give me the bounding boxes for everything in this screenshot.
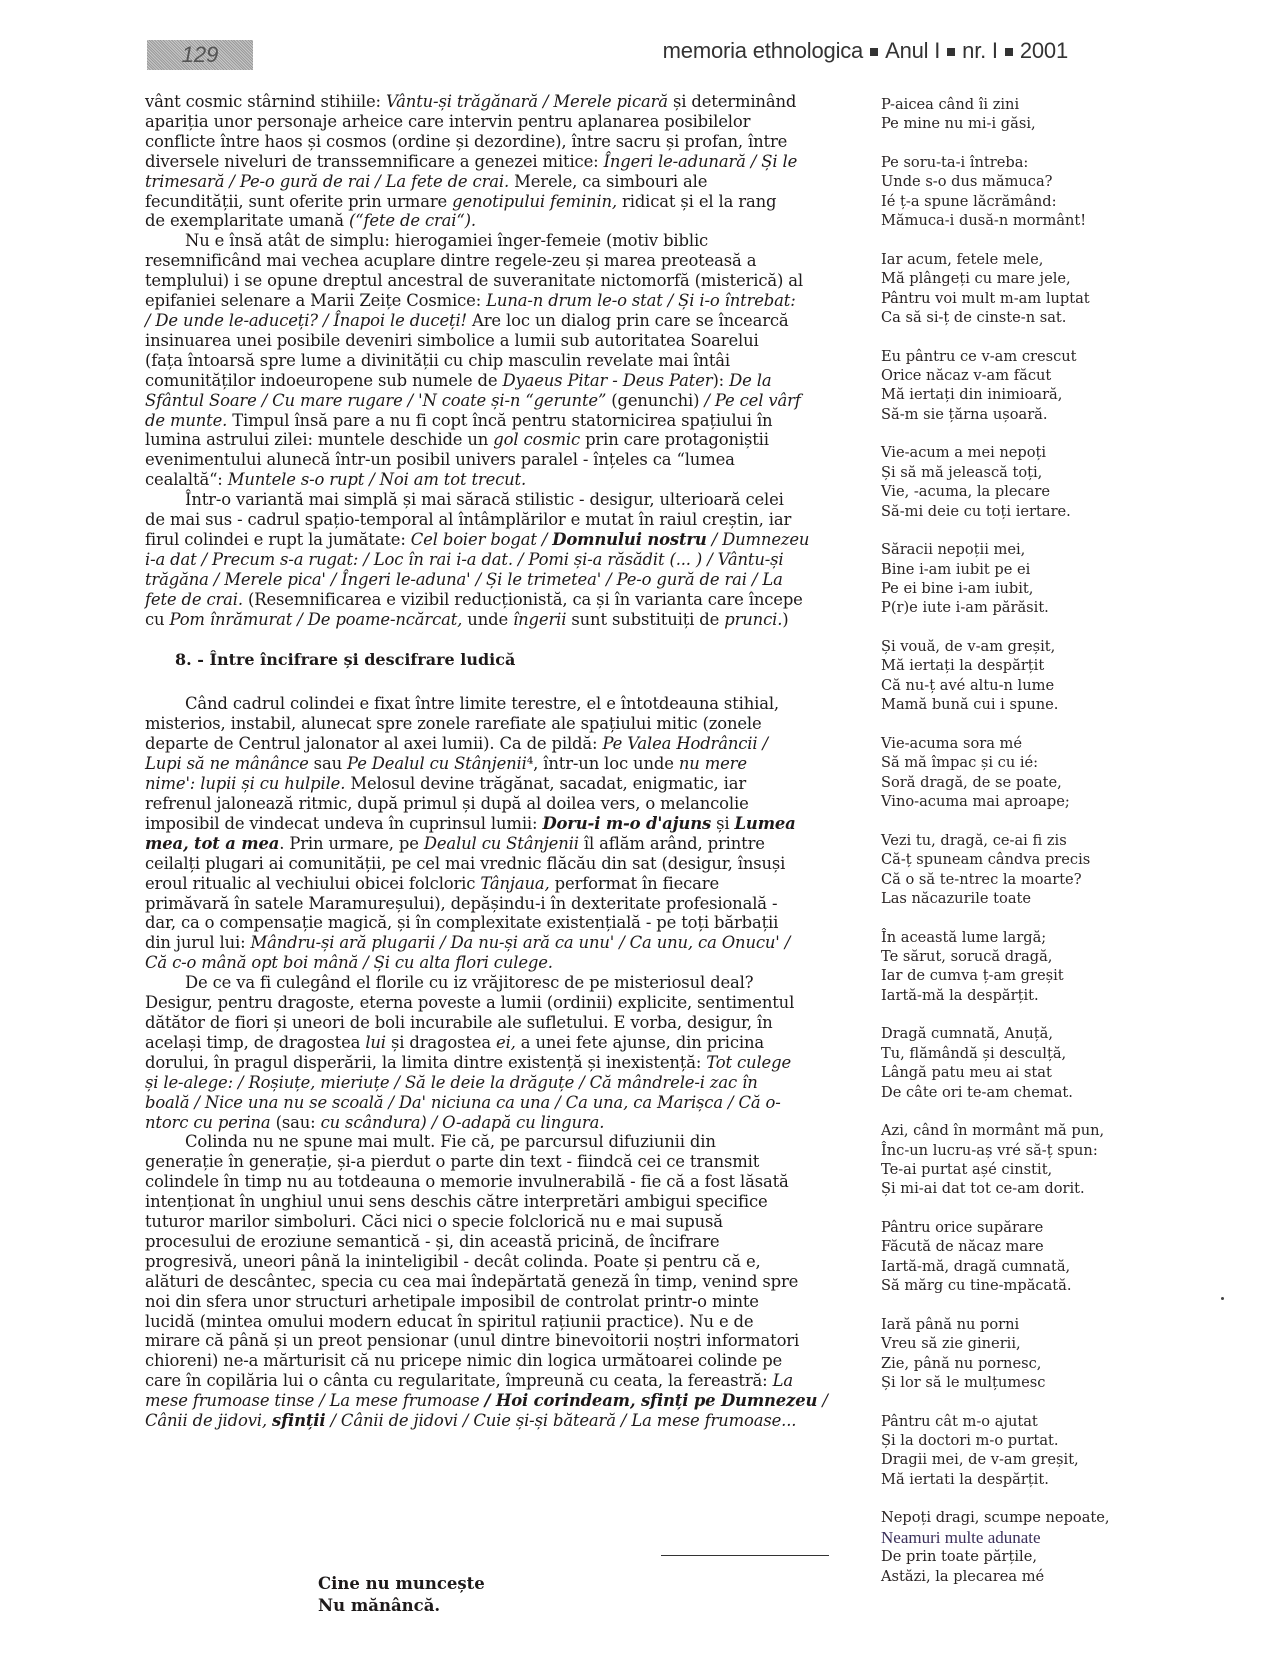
emphasis-run: Tânjaua, xyxy=(480,874,549,893)
verse-line: Te sărut, sorucă dragă, xyxy=(881,947,1201,966)
text-line: diversele niveluri de transsemnificare a… xyxy=(145,152,835,172)
verse-line: Ca să si-ț de cinste-n sat. xyxy=(881,308,1201,327)
text-line: boală / Nice una nu se scoală / Da' nici… xyxy=(145,1093,835,1113)
verse-line: Vezi tu, dragă, ce-ai fi zis xyxy=(881,831,1201,850)
emphasis-run: cu scândura) / O-adapă cu lingura. xyxy=(321,1113,605,1132)
text-line: vânt cosmic stârnind stihiile: Vântu-și … xyxy=(145,92,835,112)
text-run: . Prin urmare, pe xyxy=(279,834,424,853)
text-run: Când cadrul colindei e fixat între limit… xyxy=(185,694,779,713)
text-line: colindele în timp nu au totdeauna o memo… xyxy=(145,1172,835,1192)
text-run: sau xyxy=(309,754,347,773)
text-run: lucidă (mintea omului modern educat în s… xyxy=(145,1312,753,1331)
main-text-column: vânt cosmic stârnind stihiile: Vântu-și … xyxy=(145,92,835,1431)
text-run: ceilalți plugari ai comunității, pe cel … xyxy=(145,854,785,873)
verse-line: Și vouă, de v-am greșit, xyxy=(881,637,1201,656)
text-run: firul colindei e rupt la jumătate: xyxy=(145,530,411,549)
verse-line: De câte ori te-am chemat. xyxy=(881,1083,1201,1102)
motto-line: Nu mănâncă. xyxy=(318,1595,485,1617)
verse-line: Pântru cât m-o ajutat xyxy=(881,1412,1201,1431)
verse-line: Și la doctori m-o purtat. xyxy=(881,1431,1201,1450)
text-line: noi din sfera unor structuri arhetipale … xyxy=(145,1292,835,1312)
emphasis-run: Dealul cu Stânjenii xyxy=(424,834,579,853)
verse-stanza: Azi, când în mormânt mă pun,Înc-un lucru… xyxy=(881,1121,1201,1199)
text-run: resemnificând mai vechea acuplare dintre… xyxy=(145,251,756,270)
separator-square-icon xyxy=(947,48,955,56)
verse-stanza: Dragă cumnată, Anuță,Tu, flămândă și des… xyxy=(881,1024,1201,1102)
verse-stanza: Vie-acum a mei nepoțiȘi să mă jelească t… xyxy=(881,443,1201,521)
verse-line: În această lume largă; xyxy=(881,928,1201,947)
text-line: refrenul jalonează ritmic, după primul ș… xyxy=(145,794,835,814)
verse-stanza: Pântru orice supărareFăcută de năcaz mar… xyxy=(881,1218,1201,1296)
text-line: comunităților indoeuropene sub numele de… xyxy=(145,371,835,391)
text-run: primăvară în satele Maramureșului), depă… xyxy=(145,894,777,913)
text-line: templului) i se opune dreptul ancestral … xyxy=(145,271,835,291)
text-run: ⁴, într-un loc unde xyxy=(527,754,679,773)
emphasis-run: Că c-o mână opt boi mână / Și cu alta fl… xyxy=(145,953,553,972)
emphasis-run: i-a dat / Precum s-a rugat: / Loc în rai… xyxy=(145,550,783,569)
verse-stanza: Eu pântru ce v-am crescutOrice năcaz v-a… xyxy=(881,347,1201,425)
text-line: trăgăna / Merele pica' / Îngeri le-aduna… xyxy=(145,570,835,590)
text-run: același timp, de dragostea xyxy=(145,1033,365,1052)
text-run: insinuarea unei posibile deveniri simbol… xyxy=(145,331,759,350)
text-run: Melosul devine trăgănat, sacadat, enigma… xyxy=(345,774,746,793)
journal-year: 2001 xyxy=(1020,38,1068,63)
text-line: dorului, în pragul disperării, la limita… xyxy=(145,1053,835,1073)
emphasis-run: Cel boier bogat / xyxy=(411,530,553,549)
text-line: Că c-o mână opt boi mână / Și cu alta fl… xyxy=(145,953,835,973)
text-run: conflicte între haos și cosmos (ordine ș… xyxy=(145,132,787,151)
verse-line: Pântru voi mult m-am luptat xyxy=(881,289,1201,308)
verse-stanza: Vezi tu, dragă, ce-ai fi zisCă-ț spuneam… xyxy=(881,831,1201,909)
emphasis-run: Lupi să ne mânânce xyxy=(145,754,309,773)
text-run: evenimentului alunecă într-un posibil un… xyxy=(145,450,735,469)
emphasis-run: genotipului feminin, xyxy=(452,192,617,211)
verse-stanza: Pe soru-ta-i întreba:Unde s-o dus mămuca… xyxy=(881,153,1201,231)
verse-stanza: În această lume largă;Te sărut, sorucă d… xyxy=(881,928,1201,1006)
verse-line: Săracii nepoții mei, xyxy=(881,540,1201,559)
text-line: nime': lupii și cu hulpile. Melosul devi… xyxy=(145,774,835,794)
verse-line: Pe soru-ta-i întreba: xyxy=(881,153,1201,172)
verse-stanza: Vie-acuma sora méSă mă împac și cu ié:So… xyxy=(881,734,1201,812)
verse-line: Orice năcaz v-am făcut xyxy=(881,366,1201,385)
text-run: de exemplaritate umană xyxy=(145,211,349,230)
emphasis-run: / De unde le-aduceți? / Înapoi le duceți… xyxy=(145,311,467,330)
text-line: din jurul lui: Mândru-și ară plugarii / … xyxy=(145,933,835,953)
verse-stanza: Și vouă, de v-am greșit,Mă iertați la de… xyxy=(881,637,1201,715)
text-line: eroul ritualic al vechiului obicei folcl… xyxy=(145,874,835,894)
verse-line: Lângă patu meu ai stat xyxy=(881,1063,1201,1082)
text-run: templului) i se opune dreptul ancestral … xyxy=(145,271,803,290)
emphasis-run: sfinții xyxy=(272,1411,325,1430)
verse-line: Că nu-ț avé altu-n lume xyxy=(881,676,1201,695)
verse-line: Să-m sie țărna ușoară. xyxy=(881,405,1201,424)
journal-title: memoria ethnologica xyxy=(663,38,863,63)
text-line: același timp, de dragostea lui și dragos… xyxy=(145,1033,835,1053)
text-line: generație în generație, și-a pierdut o p… xyxy=(145,1152,835,1172)
text-line: insinuarea unei posibile deveniri simbol… xyxy=(145,331,835,351)
emphasis-run: / Cânii de jidovi / Cuie și-și băteară /… xyxy=(325,1411,796,1430)
verse-line: Înc-un lucru-aș vré să-ț spun: xyxy=(881,1141,1201,1160)
verse-line: Vino-acuma mai aproape; xyxy=(881,792,1201,811)
verse-line: Pe mine nu mi-i găsi, xyxy=(881,114,1201,133)
text-run: cealaltă“: xyxy=(145,470,228,489)
text-run: dar, ca o compensație magică, și în comp… xyxy=(145,913,778,932)
text-line: chioreni) ne-a mărturisit că nu pricepe … xyxy=(145,1351,835,1371)
emphasis-run: gol cosmic xyxy=(493,430,580,449)
emphasis-run: boală / Nice una nu se scoală / Da' nici… xyxy=(145,1093,781,1112)
text-line: evenimentului alunecă într-un posibil un… xyxy=(145,450,835,470)
running-header: memoria ethnologicaAnul Inr. I2001 xyxy=(663,38,1068,64)
text-run: ridicat și el la rang xyxy=(617,192,776,211)
separator-square-icon xyxy=(1005,48,1013,56)
text-line: Sfântul Soare / Cu mare rugare / 'N coat… xyxy=(145,391,835,411)
emphasis-run: / Pe cel vârf xyxy=(704,391,800,410)
text-run: din jurul lui: xyxy=(145,933,251,952)
text-line: procesului de eroziune semantică - și, d… xyxy=(145,1232,835,1252)
emphasis-run: fete de crai. xyxy=(145,590,243,609)
text-run: generație în generație, și-a pierdut o p… xyxy=(145,1152,759,1171)
paragraph-continued: vânt cosmic stârnind stihiile: Vântu-și … xyxy=(145,92,835,231)
text-line: Lupi să ne mânânce sau Pe Dealul cu Stân… xyxy=(145,754,835,774)
text-run: de mai sus - cadrul spațio-temporal al î… xyxy=(145,510,791,529)
text-line: fete de crai. (Resemnificarea e vizibil … xyxy=(145,590,835,610)
verse-line: Pântru orice supărare xyxy=(881,1218,1201,1237)
scan-speck xyxy=(1221,1297,1224,1300)
text-run: performat în fiecare xyxy=(550,874,719,893)
emphasis-run: Vântu-și trăgănară / Merele picară xyxy=(386,92,668,111)
emphasis-run: (“fete de crai“). xyxy=(349,211,476,230)
motto-line: Cine nu muncește xyxy=(318,1573,485,1595)
emphasis-run: îngerii xyxy=(513,610,566,629)
text-line: dar, ca o compensație magică, și în comp… xyxy=(145,913,835,933)
text-line: Nu e însă atât de simplu: hierogamiei în… xyxy=(145,231,835,251)
text-run: refrenul jalonează ritmic, după primul ș… xyxy=(145,794,749,813)
verse-line: Mă iertați la despărțit xyxy=(881,656,1201,675)
verse-stanza: Pântru cât m-o ajutatȘi la doctori m-o p… xyxy=(881,1412,1201,1490)
text-run: noi din sfera unor structuri arhetipale … xyxy=(145,1292,759,1311)
text-run: unde xyxy=(462,610,513,629)
emphasis-run: Muntele s-o rupt / Noi am tot trecut. xyxy=(228,470,526,489)
verse-line: Ié ț-a spune lăcrămând: xyxy=(881,192,1201,211)
verse-line: Iartă-mă, dragă cumnată, xyxy=(881,1257,1201,1276)
text-line: lucidă (mintea omului modern educat în s… xyxy=(145,1312,835,1332)
emphasis-run: La xyxy=(773,1371,793,1390)
text-line: mese frumoase tinse / La mese frumoase /… xyxy=(145,1391,835,1411)
text-run: dătător de fiori și uneori de boli incur… xyxy=(145,1013,772,1032)
verse-line: Unde s-o dus mămuca? xyxy=(881,172,1201,191)
text-run: (sau: xyxy=(271,1113,321,1132)
page-number: 129 xyxy=(182,42,219,68)
text-run: ): xyxy=(712,371,729,390)
verse-line: Iartă-mă la despărțit. xyxy=(881,986,1201,1005)
text-line: cealaltă“: Muntele s-o rupt / Noi am tot… xyxy=(145,470,835,490)
text-line: departe de Centrul jalonator al axei lum… xyxy=(145,734,835,754)
verse-line: Vie, -acuma, la plecare xyxy=(881,482,1201,501)
emphasis-run: Dyaeus Pitar - Deus Pater xyxy=(503,371,713,390)
text-run: departe de Centrul jalonator al axei lum… xyxy=(145,734,602,753)
verse-line: Neamuri multe adunate xyxy=(881,1528,1201,1547)
text-line: (fața întoarsă spre lume a divinității c… xyxy=(145,351,835,371)
verse-line: Făcută de năcaz mare xyxy=(881,1237,1201,1256)
verse-line: Mamă bună cui i spune. xyxy=(881,695,1201,714)
verse-stanza: Săracii nepoții mei,Bine i-am iubit pe e… xyxy=(881,540,1201,618)
text-line: De ce va fi culegând el florile cu iz vr… xyxy=(145,973,835,993)
verse-line: Soră dragă, de se poate, xyxy=(881,773,1201,792)
text-run: și determinând xyxy=(668,92,796,111)
text-line: Când cadrul colindei e fixat între limit… xyxy=(145,694,835,714)
verse-stanza: Nepoți dragi, scumpe nepoate,Neamuri mul… xyxy=(881,1508,1201,1586)
emphasis-run: mea, tot a mea xyxy=(145,834,279,853)
verse-line: P(r)e iute i-am părăsit. xyxy=(881,598,1201,617)
verse-line: P-aicea când îi zini xyxy=(881,95,1201,114)
text-line: imposibil de vindecat undeva în cuprinsu… xyxy=(145,814,835,834)
text-line: apariția unor personaje arheice care int… xyxy=(145,112,835,132)
verse-line: Și lor să le mulțumesc xyxy=(881,1373,1201,1392)
text-run: tuturor marilor simboluri. Căci nici o s… xyxy=(145,1212,723,1231)
paragraph: Când cadrul colindei e fixat între limit… xyxy=(145,694,835,973)
text-run: Colinda nu ne spune mai mult. Fie că, pe… xyxy=(185,1132,716,1151)
emphasis-run: Sfântul Soare / Cu mare rugare / 'N coat… xyxy=(145,391,606,410)
verse-line: Dragă cumnată, Anuță, xyxy=(881,1024,1201,1043)
text-run: Are loc un dialog prin care se încearcă xyxy=(467,311,789,330)
text-line: primăvară în satele Maramureșului), depă… xyxy=(145,894,835,914)
text-line: conflicte între haos și cosmos (ordine ș… xyxy=(145,132,835,152)
text-line: de mai sus - cadrul spațio-temporal al î… xyxy=(145,510,835,530)
emphasis-run: trăgăna / Merele pica' / Îngeri le-aduna… xyxy=(145,570,783,589)
text-run: Timpul însă pare a nu fi copt încă pentr… xyxy=(227,411,772,430)
verse-line: Pe ei bine i-am iubit, xyxy=(881,579,1201,598)
verse-line: De prin toate părțile, xyxy=(881,1547,1201,1566)
text-run: dorului, în pragul disperării, la limita… xyxy=(145,1053,706,1072)
text-run: progresivă, uneori până la ininteligibil… xyxy=(145,1252,761,1271)
verse-line: Mă iertați din inimioară, xyxy=(881,385,1201,404)
journal-volume: Anul I xyxy=(885,38,940,63)
text-line: misterios, instabil, alunecat spre zonel… xyxy=(145,714,835,734)
emphasis-run: prunci. xyxy=(724,610,782,629)
verse-line: Să-mi deie cu toți iertare. xyxy=(881,502,1201,521)
text-line: dătător de fiori și uneori de boli incur… xyxy=(145,1013,835,1033)
text-run: imposibil de vindecat undeva în cuprinsu… xyxy=(145,814,542,833)
verse-line: Te-ai purtat așé cinstit, xyxy=(881,1160,1201,1179)
text-line: Colinda nu ne spune mai mult. Fie că, pe… xyxy=(145,1132,835,1152)
emphasis-run: ei, xyxy=(496,1033,516,1052)
text-line: lumina astrului zilei: muntele deschide … xyxy=(145,430,835,450)
paragraph: Într-o variantă mai simplă și mai săracă… xyxy=(145,490,835,629)
emphasis-run: Doru-i m-o d'ajuns xyxy=(542,814,711,833)
text-run: Desigur, pentru dragoste, eterna poveste… xyxy=(145,993,794,1012)
emphasis-run: / xyxy=(817,1391,827,1410)
text-line: de munte. Timpul însă pare a nu fi copt … xyxy=(145,411,835,431)
text-run: fecundității, sunt oferite prin urmare xyxy=(145,192,452,211)
text-run: comunităților indoeuropene sub numele de xyxy=(145,371,503,390)
journal-issue: nr. I xyxy=(962,38,998,63)
emphasis-run: Luna-n drum le-o stat / Și i-o întrebat: xyxy=(486,291,795,310)
emphasis-run: Îngeri le-adunară / Și le xyxy=(604,152,798,171)
verse-line: Vie-acum a mei nepoți xyxy=(881,443,1201,462)
page-number-box: 129 xyxy=(147,40,253,70)
emphasis-run: Mândru-și ară plugarii / Da nu-și ară ca… xyxy=(251,933,791,952)
text-run: îl aflăm arând, printre xyxy=(579,834,765,853)
verse-line: Că o să te-ntrec la moarte? xyxy=(881,870,1201,889)
emphasis-run: / Dumnezeu xyxy=(707,530,810,549)
text-run: Merele, ca simbouri ale xyxy=(509,172,707,191)
verse-line: Mă plângeți cu mare jele, xyxy=(881,269,1201,288)
text-run: misterios, instabil, alunecat spre zonel… xyxy=(145,714,762,733)
text-run: vânt cosmic stârnind stihiile: xyxy=(145,92,386,111)
paragraph: Colinda nu ne spune mai mult. Fie că, pe… xyxy=(145,1132,835,1431)
text-line: fecundității, sunt oferite prin urmare g… xyxy=(145,192,835,212)
verse-line: Mămuca-i dusă-n mormânt! xyxy=(881,211,1201,230)
emphasis-run: de munte. xyxy=(145,411,227,430)
text-run: mirare că până și un preot pensionar (un… xyxy=(145,1331,799,1350)
text-line: care în copilăria lui o cânta cu regular… xyxy=(145,1371,835,1391)
emphasis-run: nu mere xyxy=(679,754,747,773)
text-run: alături de descântec, specia cu cea mai … xyxy=(145,1272,798,1291)
verse-line: Mă iertati la despărțit. xyxy=(881,1470,1201,1489)
text-run: chioreni) ne-a mărturisit că nu pricepe … xyxy=(145,1351,782,1370)
text-run: (fața întoarsă spre lume a divinității c… xyxy=(145,351,730,370)
text-run: Nu e însă atât de simplu: hierogamiei în… xyxy=(185,231,708,250)
text-run: și xyxy=(711,814,734,833)
separator-square-icon xyxy=(870,48,878,56)
text-run: cu xyxy=(145,610,170,629)
text-line: Cânii de jidovi, sfinții / Cânii de jido… xyxy=(145,1411,835,1431)
emphasis-run: Tot culege xyxy=(706,1053,791,1072)
verse-line: Astăzi, la plecarea mé xyxy=(881,1567,1201,1586)
text-line: tuturor marilor simboluri. Căci nici o s… xyxy=(145,1212,835,1232)
verse-line: Și mi-ai dat tot ce-am dorit. xyxy=(881,1179,1201,1198)
text-line: epifaniei selenare a Marii Zeițe Cosmice… xyxy=(145,291,835,311)
emphasis-run: Pe Dealul cu Stânjenii xyxy=(347,754,527,773)
verse-line: Nepoți dragi, scumpe nepoate, xyxy=(881,1508,1201,1527)
text-run: prin care protagoniștii xyxy=(580,430,769,449)
text-line: i-a dat / Precum s-a rugat: / Loc în rai… xyxy=(145,550,835,570)
verse-line: Dragii mei, de v-am greșit, xyxy=(881,1450,1201,1469)
text-line: mea, tot a mea. Prin urmare, pe Dealul c… xyxy=(145,834,835,854)
verse-line: Zie, până nu pornesc, xyxy=(881,1354,1201,1373)
text-line: trimesară / Pe-o gură de rai / La fete d… xyxy=(145,172,835,192)
text-line: ntorc cu perina (sau: cu scândura) / O-a… xyxy=(145,1113,835,1133)
text-run: și dragostea xyxy=(386,1033,496,1052)
verse-line: Vie-acuma sora mé xyxy=(881,734,1201,753)
underline-rule xyxy=(661,1555,829,1556)
verse-stanza: Iară până nu porniVreu să zie ginerii,Zi… xyxy=(881,1315,1201,1393)
text-run: diversele niveluri de transsemnificare a… xyxy=(145,152,604,171)
verse-line: Iară până nu porni xyxy=(881,1315,1201,1334)
verse-column: P-aicea când îi ziniPe mine nu mi-i găsi… xyxy=(881,95,1201,1605)
motto: Cine nu muncește Nu mănâncă. xyxy=(318,1573,485,1617)
text-line: și le-alege: / Roșiuțe, mieriuțe / Să le… xyxy=(145,1073,835,1093)
emphasis-run: trimesară / Pe-o gură de rai / La fete d… xyxy=(145,172,509,191)
emphasis-run: Pom înrămurat / De poame-ncărcat, xyxy=(170,610,463,629)
verse-line: Azi, când în mormânt mă pun, xyxy=(881,1121,1201,1140)
emphasis-run: ntorc cu perina xyxy=(145,1113,271,1132)
paragraph: Nu e însă atât de simplu: hierogamiei în… xyxy=(145,231,835,490)
verse-line: Iar acum, fetele mele, xyxy=(881,250,1201,269)
emphasis-run: De la xyxy=(729,371,771,390)
text-run: epifaniei selenare a Marii Zeițe Cosmice… xyxy=(145,291,486,310)
text-line: ceilalți plugari ai comunității, pe cel … xyxy=(145,854,835,874)
emphasis-run: lui xyxy=(365,1033,386,1052)
text-line: resemnificând mai vechea acuplare dintre… xyxy=(145,251,835,271)
text-line: Desigur, pentru dragoste, eterna poveste… xyxy=(145,993,835,1013)
text-line: alături de descântec, specia cu cea mai … xyxy=(145,1272,835,1292)
verse-line: Vreu să zie ginerii, xyxy=(881,1334,1201,1353)
text-run: (genunchi) xyxy=(606,391,704,410)
text-run: (Resemnificarea e vizibil reducționistă,… xyxy=(243,590,803,609)
verse-line: Să mă împac și cu ié: xyxy=(881,753,1201,772)
text-line: mirare că până și un preot pensionar (un… xyxy=(145,1331,835,1351)
section-heading: 8. - Între încifrare și descifrare ludic… xyxy=(175,650,835,670)
text-line: progresivă, uneori până la ininteligibil… xyxy=(145,1252,835,1272)
emphasis-run: mese frumoase tinse / La mese frumoase xyxy=(145,1391,485,1410)
emphasis-run: și le-alege: / Roșiuțe, mieriuțe / Să le… xyxy=(145,1073,758,1092)
text-run: care în copilăria lui o cânta cu regular… xyxy=(145,1371,773,1390)
emphasis-run: Lumea xyxy=(735,814,796,833)
paragraph: De ce va fi culegând el florile cu iz vr… xyxy=(145,973,835,1132)
text-run: colindele în timp nu au totdeauna o memo… xyxy=(145,1172,789,1191)
text-run: Într-o variantă mai simplă și mai săracă… xyxy=(185,490,784,509)
text-run: De ce va fi culegând el florile cu iz vr… xyxy=(185,973,753,992)
verse-line: Că-ț spuneam cândva precis xyxy=(881,850,1201,869)
text-run: ) xyxy=(782,610,788,629)
emphasis-run: Domnului nostru xyxy=(552,530,706,549)
verse-line: Iar de cumva ț-am greșit xyxy=(881,966,1201,985)
verse-line: Și să mă jelească toți, xyxy=(881,463,1201,482)
verse-line: Să mărg cu tine-mpăcată. xyxy=(881,1276,1201,1295)
text-line: de exemplaritate umană (“fete de crai“). xyxy=(145,211,835,231)
text-run: sunt substituiți de xyxy=(566,610,724,629)
verse-line: Las năcazurile toate xyxy=(881,889,1201,908)
text-run: a unei fete ajunse, din pricina xyxy=(516,1033,764,1052)
text-run: procesului de eroziune semantică - și, d… xyxy=(145,1232,719,1251)
emphasis-run: nime': lupii și cu hulpile. xyxy=(145,774,345,793)
emphasis-run: / Hoi corindeam, sfinți pe Dumnezeu xyxy=(485,1391,818,1410)
text-line: Într-o variantă mai simplă și mai săracă… xyxy=(145,490,835,510)
text-run: lumina astrului zilei: muntele deschide … xyxy=(145,430,493,449)
text-line: cu Pom înrămurat / De poame-ncărcat, und… xyxy=(145,610,835,630)
text-line: / De unde le-aduceți? / Înapoi le duceți… xyxy=(145,311,835,331)
text-run: intenționat în unghiul unui sens deschis… xyxy=(145,1192,768,1211)
verse-stanza: P-aicea când îi ziniPe mine nu mi-i găsi… xyxy=(881,95,1201,134)
text-run: eroul ritualic al vechiului obicei folcl… xyxy=(145,874,480,893)
text-line: intenționat în unghiul unui sens deschis… xyxy=(145,1192,835,1212)
verse-line: Eu pântru ce v-am crescut xyxy=(881,347,1201,366)
emphasis-run: Pe Valea Hodrâncii / xyxy=(602,734,767,753)
text-line: firul colindei e rupt la jumătate: Cel b… xyxy=(145,530,835,550)
verse-line: Tu, flămândă și desculță, xyxy=(881,1044,1201,1063)
emphasis-run: Cânii de jidovi, xyxy=(145,1411,272,1430)
verse-line: Bine i-am iubit pe ei xyxy=(881,560,1201,579)
verse-stanza: Iar acum, fetele mele,Mă plângeți cu mar… xyxy=(881,250,1201,328)
text-run: apariția unor personaje arheice care int… xyxy=(145,112,750,131)
